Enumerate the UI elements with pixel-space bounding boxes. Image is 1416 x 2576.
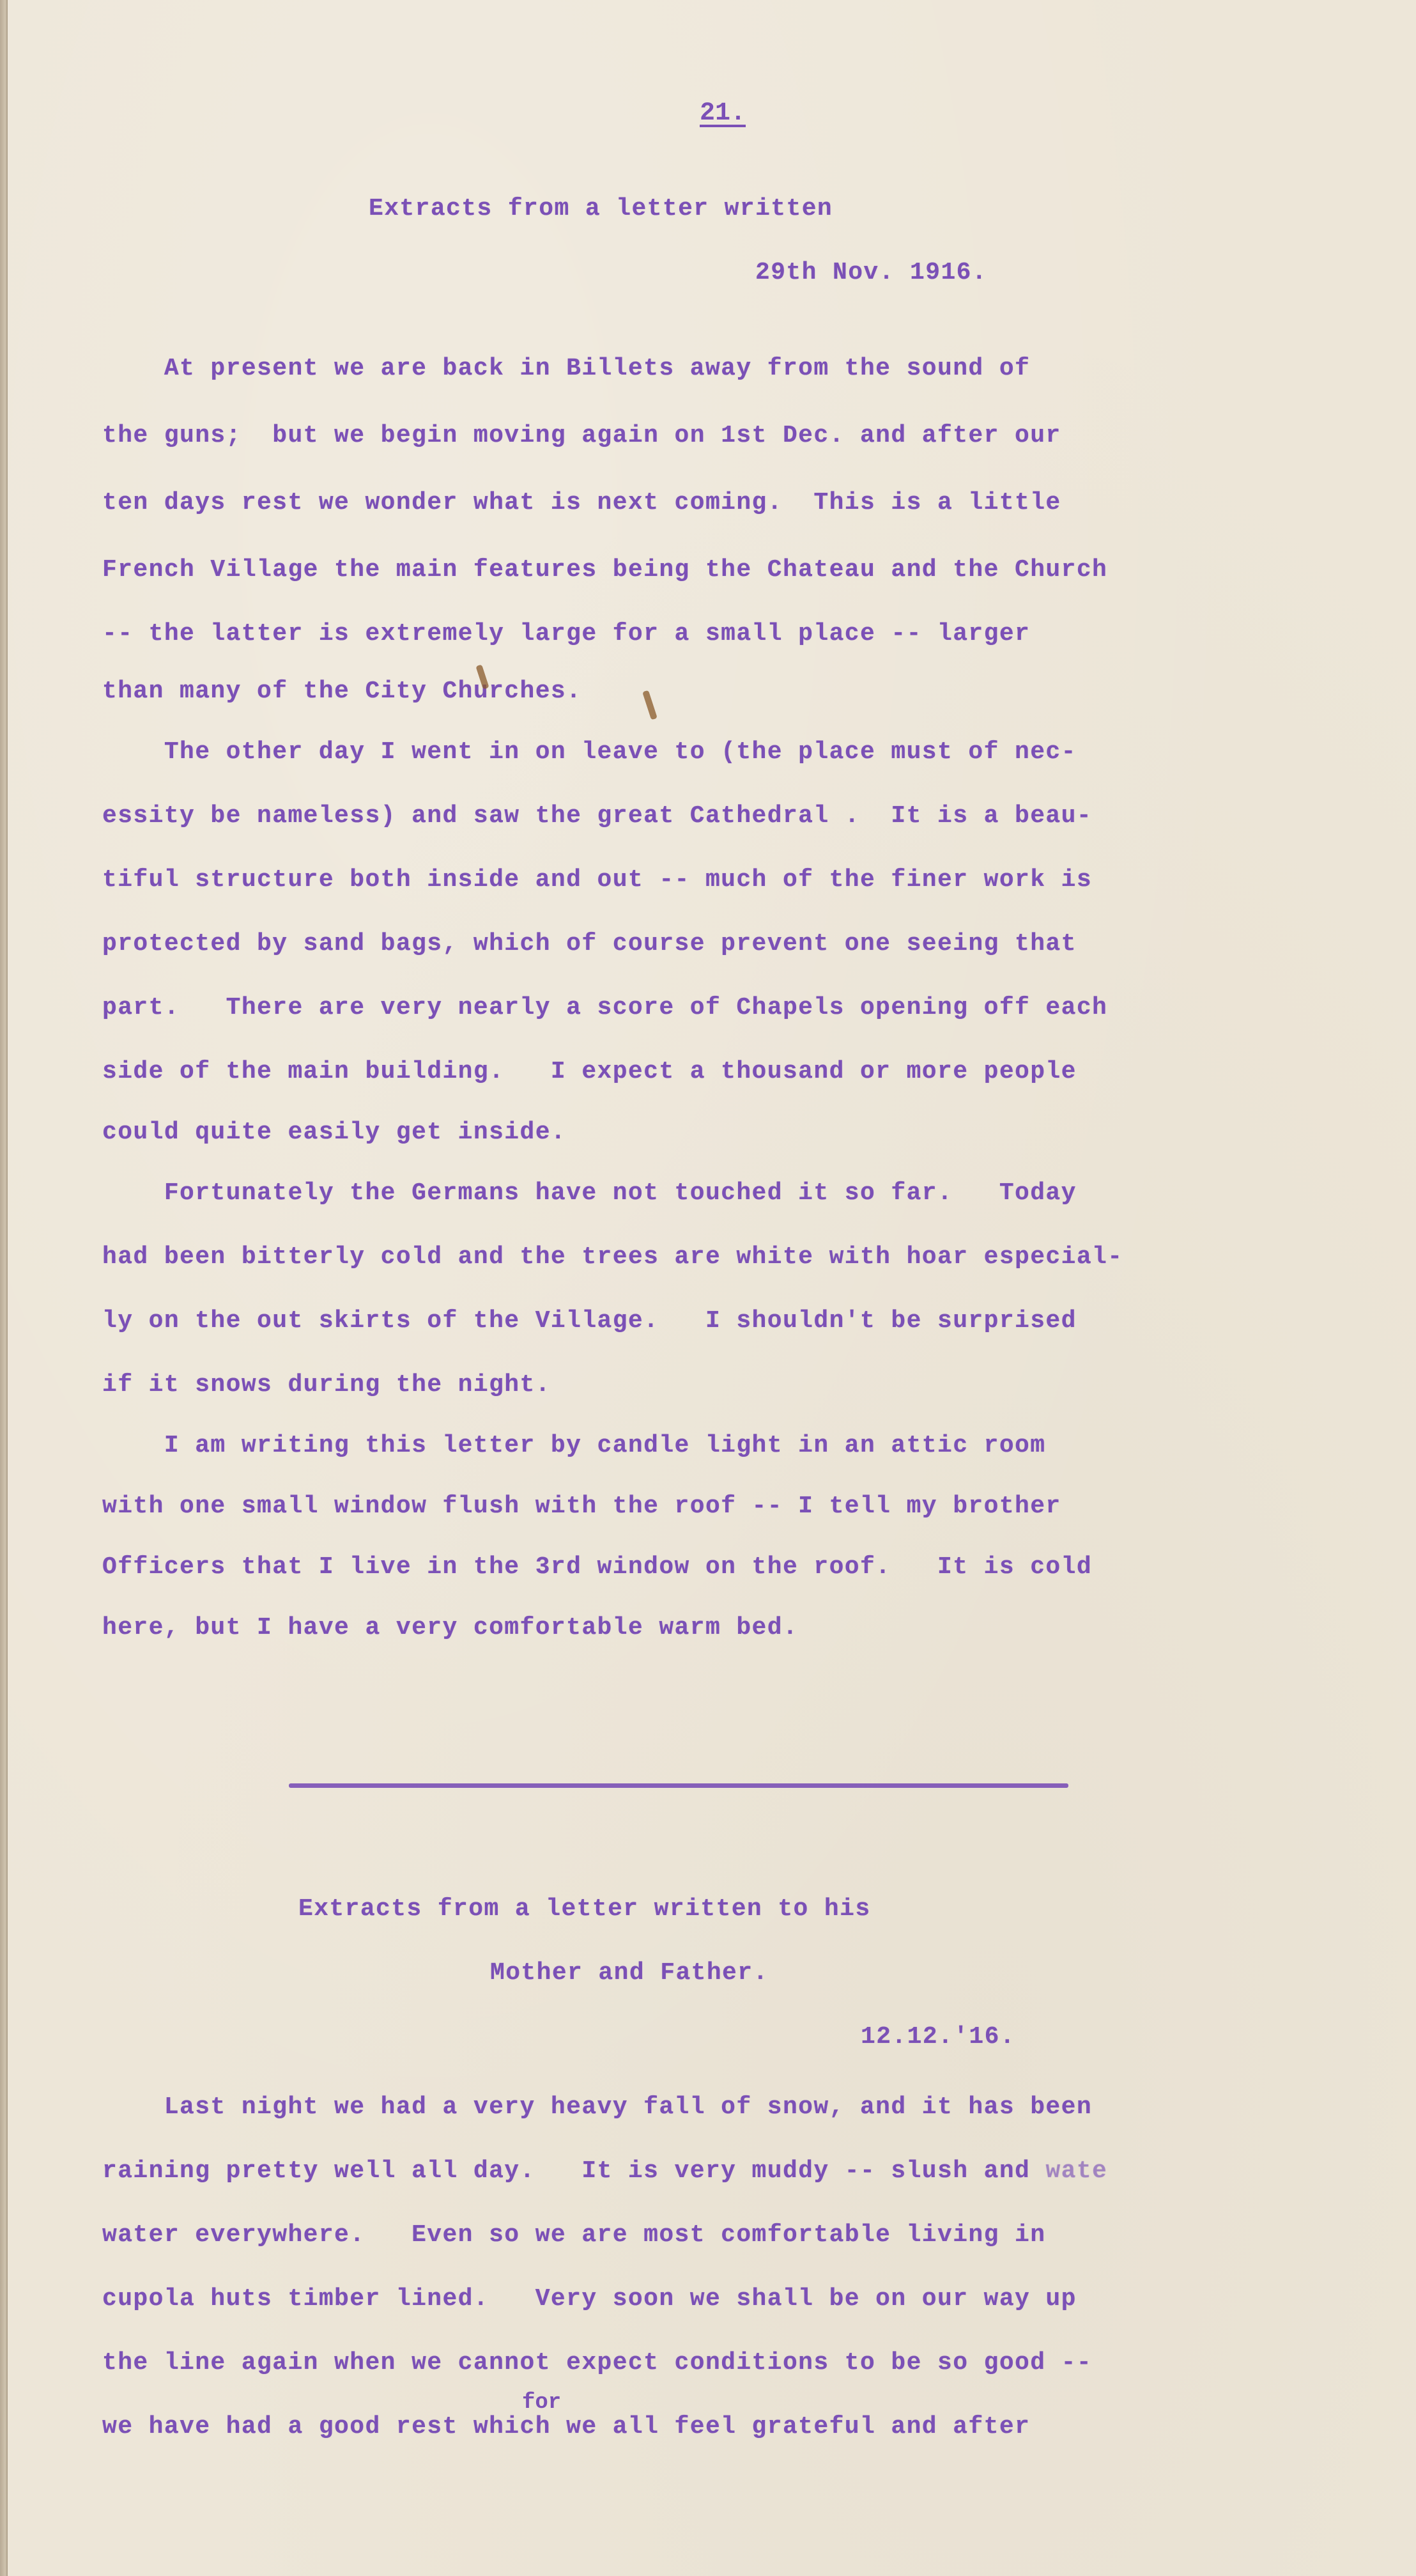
body-line: raining pretty well all day. It is very …: [102, 2157, 1107, 2185]
body-line: Officers that I live in the 3rd window o…: [102, 1553, 1092, 1581]
body-line: tiful structure both inside and out -- m…: [102, 866, 1092, 894]
section-divider: [289, 1783, 1068, 1788]
binding-edge: [0, 0, 8, 2576]
body-line: The other day I went in on leave to (the…: [102, 738, 1077, 766]
body-line: essity be nameless) and saw the great Ca…: [102, 802, 1092, 830]
body-line: part. There are very nearly a score of C…: [102, 994, 1107, 1021]
body-line: Fortunately the Germans have not touched…: [102, 1179, 1077, 1207]
section1-date: 29th Nov. 1916.: [755, 259, 987, 286]
body-line: cupola huts timber lined. Very soon we s…: [102, 2285, 1077, 2313]
body-line: with one small window flush with the roo…: [102, 1493, 1061, 1520]
faint-overstrike: wate: [1030, 2157, 1107, 2185]
body-line: At present we are back in Billets away f…: [102, 355, 1030, 382]
interlinear-insert: for: [522, 2391, 561, 2415]
body-line: side of the main building. I expect a th…: [102, 1058, 1077, 1085]
body-line: if it snows during the night.: [102, 1371, 551, 1399]
body-line: Last night we had a very heavy fall of s…: [102, 2093, 1092, 2121]
typewritten-page: 21. Extracts from a letter written 29th …: [8, 0, 1416, 2576]
body-line: ten days rest we wonder what is next com…: [102, 489, 1061, 516]
body-line: could quite easily get inside.: [102, 1119, 566, 1146]
body-line: the line again when we cannot expect con…: [102, 2349, 1092, 2377]
section2-heading: Extracts from a letter written to his: [298, 1895, 871, 1923]
body-line: I am writing this letter by candle light…: [102, 1432, 1045, 1459]
body-line: had been bitterly cold and the trees are…: [102, 1243, 1123, 1271]
body-line: here, but I have a very comfortable warm…: [102, 1614, 798, 1641]
body-line: than many of the City Churches.: [102, 678, 581, 705]
body-line: French Village the main features being t…: [102, 556, 1107, 584]
body-line: -- the latter is extremely large for a s…: [102, 620, 1030, 648]
ink-stain: [642, 690, 658, 720]
body-line: we have had a good rest which we all fee…: [102, 2413, 1030, 2440]
section2-heading: Mother and Father.: [490, 1959, 769, 1987]
section1-heading: Extracts from a letter written: [369, 195, 833, 222]
body-line: the guns; but we begin moving again on 1…: [102, 422, 1061, 449]
body-line-text: raining pretty well all day. It is very …: [102, 2157, 1030, 2185]
body-line: protected by sand bags, which of course …: [102, 930, 1077, 958]
body-line: ly on the out skirts of the Village. I s…: [102, 1307, 1077, 1335]
page-number: 21.: [700, 99, 746, 128]
body-line: water everywhere. Even so we are most co…: [102, 2221, 1045, 2249]
section2-date: 12.12.'16.: [861, 2023, 1015, 2051]
